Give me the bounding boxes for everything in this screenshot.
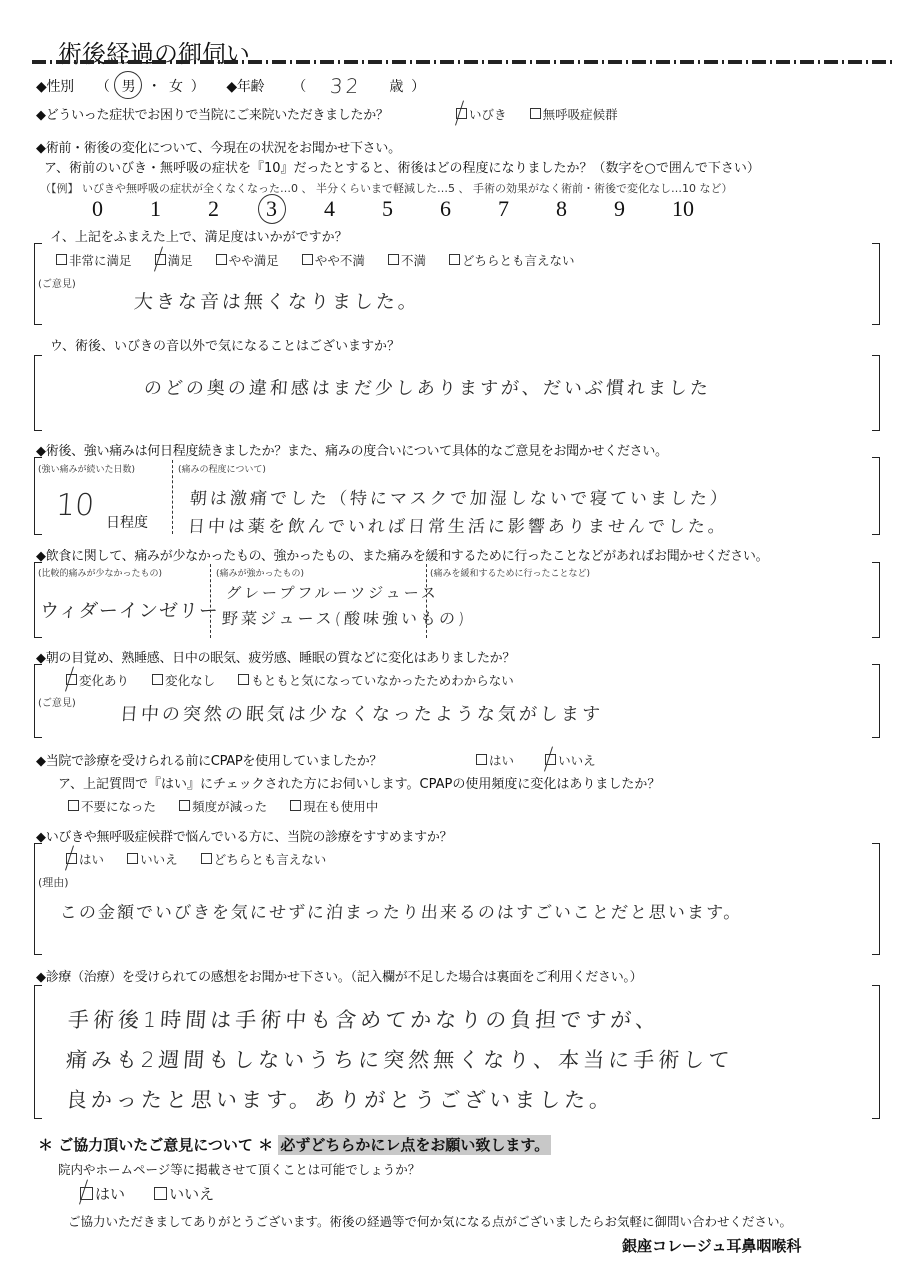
food-question: ◆飲食に関して、痛みが少なかったもの、強かったもの、また痛みを緩和するために行っ…	[36, 545, 768, 564]
checkbox-checked[interactable]	[545, 754, 556, 765]
bracket-right	[872, 985, 880, 1119]
sleep-question: ◆朝の目覚め、熟睡感、日中の眠気、疲労感、睡眠の質などに変化はありましたか？	[36, 647, 515, 666]
scale-8[interactable]: 8	[556, 196, 567, 222]
scale-7[interactable]: 7	[498, 196, 509, 222]
food-strong-line-1[interactable]: グレープフルーツジュース	[225, 582, 439, 603]
food-less-value[interactable]: ウィダーインゼリー	[39, 596, 220, 623]
checkbox[interactable]	[476, 754, 487, 765]
food-strong-label: (痛みが強かったもの)	[216, 566, 304, 579]
checkbox[interactable]	[68, 800, 79, 811]
option-label: 不要になった	[81, 797, 156, 815]
selection-circle	[114, 71, 142, 99]
consent-heading-highlight: 必ずどちらかにレ点をお願い致します。	[278, 1135, 551, 1155]
bracket-right	[872, 243, 880, 325]
comment-label: (ご意見)	[38, 694, 76, 709]
consent-thanks: ご協力いただきましてありがとうございます。術後の経過等で何か気になる点がございま…	[68, 1212, 792, 1230]
bracket-left	[34, 985, 42, 1119]
recommend-options: はい いいえ どちらとも言えない	[66, 849, 344, 868]
recommend-option[interactable]: いいえ	[127, 850, 178, 868]
checkbox-checked[interactable]	[80, 1187, 93, 1200]
scale-2[interactable]: 2	[208, 196, 219, 222]
sleep-options: 変化あり 変化なし もともと気になっていなかったためわからない	[66, 670, 532, 689]
cpap-options: はい いいえ	[476, 750, 614, 769]
pain-degree-line-2[interactable]: 日中は薬を飲んでいれば日常生活に影響ありませんでした。	[187, 512, 729, 537]
option-label: 現在も使用中	[303, 797, 378, 815]
change-scale: 0 1 2 3 4 5 6 7 8 9 10	[92, 196, 692, 226]
sex-separator: ・	[147, 76, 161, 96]
checkbox[interactable]	[530, 108, 541, 119]
column-divider	[210, 564, 211, 638]
sex-open-paren: （	[96, 76, 110, 96]
change-example: （【例】 いびきや無呼吸の症状が全くなくなった…0 、 半分くらいまで軽減した……	[40, 180, 732, 196]
scale-0[interactable]: 0	[92, 196, 103, 222]
checkbox[interactable]	[302, 254, 313, 265]
recommend-option[interactable]: はい	[66, 850, 104, 868]
satisfaction-option[interactable]: 非常に満足	[56, 251, 132, 269]
column-divider	[426, 564, 427, 638]
scale-6[interactable]: 6	[440, 196, 451, 222]
cpap-sub-option[interactable]: 現在も使用中	[290, 797, 378, 815]
age-open-paren: （	[292, 76, 306, 96]
recommend-reason[interactable]: この金額でいびきを気にせずに泊まったり出来るのはすごいことだと思います。	[59, 898, 743, 923]
impressions-line-2[interactable]: 痛みも2週間もしないうちに突然無くなり、本当に手術して	[65, 1044, 734, 1074]
checkbox[interactable]	[216, 254, 227, 265]
column-divider	[172, 460, 173, 534]
satisfaction-option[interactable]: やや不満	[302, 251, 365, 269]
symptom-option-snoring[interactable]: いびき	[456, 105, 507, 123]
satisfaction-question: イ、上記をふまえた上で、満足度はいかがですか？	[50, 226, 348, 245]
option-label: はい	[95, 1183, 125, 1204]
option-label: はい	[79, 850, 104, 868]
sleep-comment[interactable]: 日中の突然の眠気は少なくなったような気がします	[119, 700, 604, 726]
pain-days-input[interactable]: 10	[55, 488, 96, 523]
checkbox-checked[interactable]	[456, 108, 467, 119]
pain-days-unit: 日程度	[106, 512, 148, 532]
checkbox-checked[interactable]	[155, 254, 166, 265]
scale-5[interactable]: 5	[382, 196, 393, 222]
option-label: いいえ	[169, 1183, 214, 1204]
consent-question: 院内やホームページ等に掲載させて頂くことは可能でしょうか？	[58, 1160, 420, 1178]
checkbox[interactable]	[449, 254, 460, 265]
checkbox[interactable]	[388, 254, 399, 265]
clinic-name: 銀座コレージュ耳鼻咽喉科	[622, 1235, 801, 1256]
option-label: 不満	[401, 251, 426, 269]
other-concerns-answer[interactable]: のどの奥の違和感はまだ少しありますが、だいぶ慣れました	[143, 374, 712, 400]
checkbox[interactable]	[179, 800, 190, 811]
option-label: 頻度が減った	[192, 797, 267, 815]
pain-degree-label: (痛みの程度について)	[178, 462, 266, 475]
pain-degree-line-1[interactable]: 朝は激痛でした（特にマスクで加湿しないで寝ていました）	[189, 484, 731, 509]
satisfaction-option[interactable]: 満足	[155, 251, 193, 269]
food-relief-label: (痛みを緩和するために行ったことなど)	[430, 566, 590, 579]
scale-10[interactable]: 10	[672, 196, 694, 222]
symptom-question: ◆どういった症状でお困りで当院にご来院いただきましたか？	[36, 104, 389, 123]
scale-9[interactable]: 9	[614, 196, 625, 222]
pain-days-label: (強い痛みが続いた日数)	[38, 462, 135, 475]
bracket-right	[872, 664, 880, 738]
selection-circle	[258, 194, 286, 224]
recommend-question: ◆いびきや無呼吸症候群で悩んでいる方に、当院の診療をすすめますか？	[36, 826, 452, 845]
satisfaction-option[interactable]: 不満	[388, 251, 426, 269]
option-label: もともと気になっていなかったためわからない	[251, 671, 514, 689]
impressions-line-1[interactable]: 手術後1時間は手術中も含めてかなりの負担ですが、	[67, 1004, 661, 1034]
bracket-left	[34, 355, 42, 431]
checkbox[interactable]	[238, 674, 249, 685]
food-strong-line-2[interactable]: 野菜ジュース(酸味強いもの)	[221, 606, 468, 629]
title-divider	[32, 60, 892, 64]
checkbox[interactable]	[127, 853, 138, 864]
checkbox[interactable]	[56, 254, 67, 265]
bracket-right	[872, 457, 880, 535]
profile-row: ◆性別 （ 男 ・ 女 ） ◆年齢 （ 32 歳 ）	[36, 74, 425, 98]
option-label: どちらとも言えない	[214, 850, 327, 868]
sex-option-female[interactable]: 女	[169, 76, 183, 96]
impressions-line-3[interactable]: 良かったと思います。ありがとうございました。	[65, 1084, 615, 1114]
cpap-sub-options: 不要になった 頻度が減った 現在も使用中	[68, 796, 396, 815]
checkbox[interactable]	[201, 853, 212, 864]
bracket-right	[872, 843, 880, 955]
impressions-question: ◆診療（治療）を受けられての感想をお聞かせ下さい。（記入欄が不足した場合は裏面を…	[36, 966, 642, 985]
option-label: 変化あり	[79, 671, 129, 689]
age-label: ◆年齢	[226, 76, 264, 96]
cpap-sub-option[interactable]: 頻度が減った	[179, 797, 267, 815]
scale-4[interactable]: 4	[324, 196, 335, 222]
bracket-right	[872, 562, 880, 638]
option-label: いいえ	[558, 751, 596, 769]
sleep-option[interactable]: もともと気になっていなかったためわからない	[238, 671, 514, 689]
option-label: 非常に満足	[69, 251, 132, 269]
satisfaction-option[interactable]: やや満足	[216, 251, 279, 269]
sleep-option[interactable]: 変化あり	[66, 671, 129, 689]
sex-option-male[interactable]: 男	[118, 76, 140, 96]
option-label: どちらとも言えない	[462, 251, 575, 269]
checkbox[interactable]	[154, 1187, 167, 1200]
age-input[interactable]: 32	[329, 74, 362, 98]
symptom-options: いびき 無呼吸症候群	[456, 104, 636, 123]
symptom-option-apnea[interactable]: 無呼吸症候群	[530, 105, 618, 123]
consent-option-no[interactable]: いいえ	[154, 1183, 214, 1204]
consent-heading: ＊ ご協力頂いたご意見について ＊ 必ずどちらかにレ点をお願い致します。	[38, 1134, 551, 1155]
checkbox[interactable]	[152, 674, 163, 685]
other-concerns-question: ウ、術後、いびきの音以外で気になることはございますか？	[50, 335, 400, 354]
checkbox-checked[interactable]	[66, 853, 77, 864]
option-label: やや満足	[229, 251, 279, 269]
cpap-sub-option[interactable]: 不要になった	[68, 797, 156, 815]
bracket-right	[872, 355, 880, 431]
comment-label: (ご意見)	[38, 275, 76, 290]
age-close-paren: ）	[411, 76, 425, 96]
age-unit: 歳	[389, 76, 403, 96]
sex-close-paren: ）	[191, 76, 205, 96]
sleep-option[interactable]: 変化なし	[152, 671, 215, 689]
recommend-option[interactable]: どちらとも言えない	[201, 850, 327, 868]
sex-label: ◆性別	[36, 76, 74, 96]
satisfaction-option[interactable]: どちらとも言えない	[449, 251, 575, 269]
cpap-sub-a: ア、上記質問で『はい』にチェックされた方にお伺いします。CPAPの使用頻度に変化…	[58, 773, 660, 792]
pain-question: ◆術後、強い痛みは何日程度続きましたか？また、痛みの度合いについて具体的なご意見…	[36, 440, 668, 459]
scale-1[interactable]: 1	[150, 196, 161, 222]
satisfaction-comment[interactable]: 大きな音は無くなりました。	[133, 287, 421, 314]
cpap-option-yes[interactable]: はい	[476, 751, 514, 769]
consent-options: はい いいえ	[80, 1183, 232, 1204]
satisfaction-options: 非常に満足 満足 やや満足 やや不満 不満 どちらとも言えない	[56, 250, 593, 269]
option-label: はい	[489, 751, 514, 769]
consent-heading-prefix: ＊ ご協力頂いたご意見について ＊	[38, 1136, 273, 1154]
cpap-option-no[interactable]: いいえ	[545, 751, 596, 769]
option-label: やや不満	[315, 251, 365, 269]
option-label: 変化なし	[165, 671, 215, 689]
option-label: いびき	[469, 105, 507, 123]
option-label: 無呼吸症候群	[543, 105, 618, 123]
option-label: 満足	[168, 251, 193, 269]
bracket-left	[34, 843, 42, 955]
cpap-question: ◆当院で診療を受けられる前にCPAPを使用していましたか？	[36, 750, 382, 769]
checkbox-checked[interactable]	[66, 674, 77, 685]
change-question: ◆術前・術後の変化について、今現在の状況をお聞かせ下さい。	[36, 137, 401, 156]
food-less-label: (比較的痛みが少なかったもの)	[38, 566, 162, 579]
option-label: いいえ	[140, 850, 178, 868]
reason-label: (理由)	[38, 874, 69, 890]
change-sub-a: ア、術前のいびき・無呼吸の症状を『10』だったとすると、術後はどの程度になりまし…	[44, 157, 760, 176]
consent-option-yes[interactable]: はい	[80, 1183, 125, 1204]
checkbox[interactable]	[290, 800, 301, 811]
